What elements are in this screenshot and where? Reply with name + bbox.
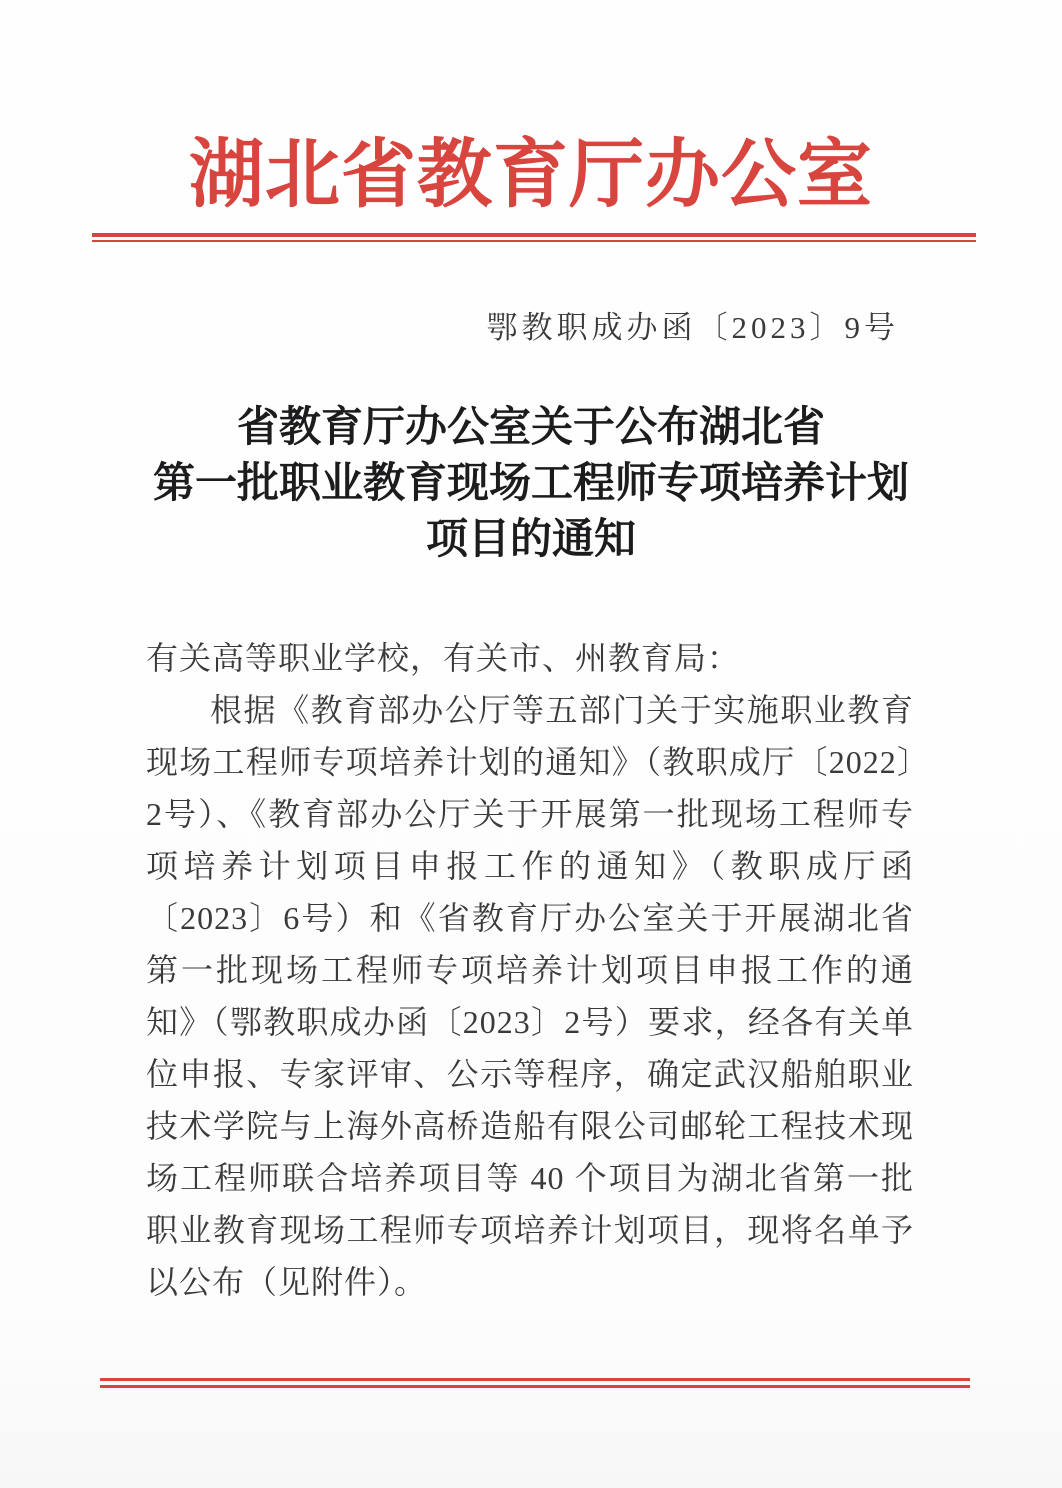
- body-paragraph: 根据《教育部办公厅等五部门关于实施职业教育现场工程师专项培养计划的通知》（教职成…: [146, 684, 914, 1308]
- letterhead-divider-thin-line: [92, 240, 976, 242]
- document-title-line-1: 省教育厅办公室关于公布湖北省: [0, 400, 1062, 456]
- document-title: 省教育厅办公室关于公布湖北省 第一批职业教育现场工程师专项培养计划 项目的通知: [0, 400, 1062, 568]
- footer-divider-top-line: [100, 1378, 970, 1381]
- document-page: 湖北省教育厅办公室 鄂教职成办函〔2023〕9号 省教育厅办公室关于公布湖北省 …: [0, 0, 1062, 1488]
- document-number: 鄂教职成办函〔2023〕9号: [487, 302, 900, 347]
- document-title-line-2: 第一批职业教育现场工程师专项培养计划: [0, 456, 1062, 512]
- footer-divider: [100, 1378, 970, 1388]
- letterhead-org-title: 湖北省教育厅办公室: [0, 122, 1062, 230]
- salutation: 有关高等职业学校，有关市、州教育局：: [146, 632, 914, 684]
- letterhead-divider: [92, 233, 976, 242]
- document-title-line-3: 项目的通知: [0, 512, 1062, 568]
- footer-divider-bottom-line: [100, 1385, 970, 1388]
- letterhead-divider-thick-line: [92, 233, 976, 237]
- document-body: 有关高等职业学校，有关市、州教育局： 根据《教育部办公厅等五部门关于实施职业教育…: [146, 632, 914, 1308]
